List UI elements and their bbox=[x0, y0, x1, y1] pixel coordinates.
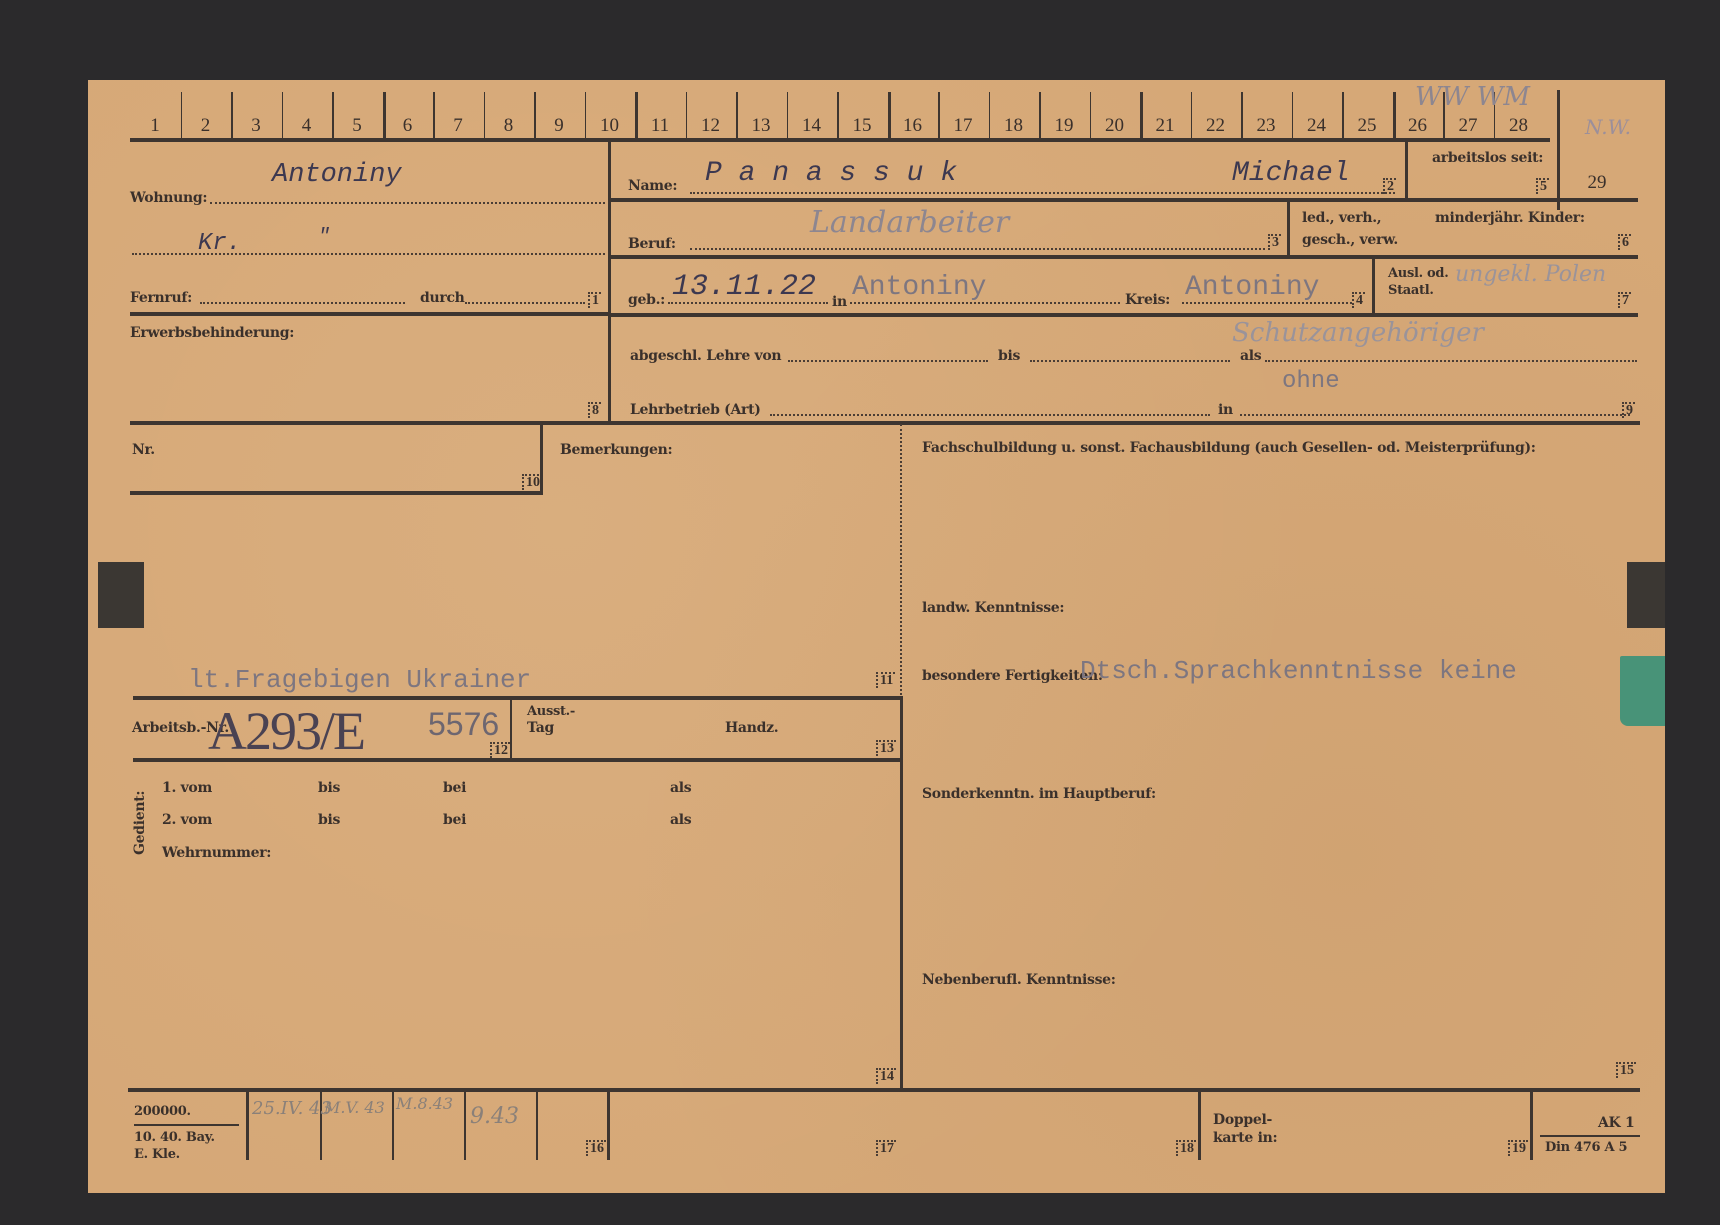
besondere-fertigkeiten-value: Dtsch.Sprachkenntnisse keine bbox=[1080, 656, 1517, 686]
ruler-column-9: 9 bbox=[534, 115, 584, 137]
lehrbetrieb-in-label: in bbox=[1218, 402, 1233, 418]
lehre-bis-line bbox=[1030, 360, 1230, 362]
field-number-2: 2 bbox=[1383, 178, 1396, 194]
in-label: in bbox=[832, 294, 847, 310]
ruler-column-4: 4 bbox=[282, 115, 332, 137]
ruler-tick bbox=[383, 92, 386, 138]
field-number-8: 8 bbox=[588, 402, 601, 418]
name-divider bbox=[1405, 140, 1408, 200]
field-number-12: 12 bbox=[490, 742, 510, 758]
handz-label: Handz. bbox=[725, 720, 778, 736]
birth-kreis-value: Antoniny bbox=[1185, 272, 1319, 303]
fernruf-rule bbox=[130, 312, 608, 316]
name-label: Name: bbox=[628, 178, 677, 194]
kinder-label: minderjähr. Kinder: bbox=[1435, 210, 1585, 226]
nr-label: Nr. bbox=[132, 442, 155, 458]
fernruf-line bbox=[200, 302, 405, 304]
staat-label-1: Ausl. od. bbox=[1388, 266, 1448, 281]
ruler-column-16: 16 bbox=[888, 115, 938, 137]
sonderkenntnisse-label: Sonderkenntn. im Hauptberuf: bbox=[922, 786, 1156, 802]
gedient-1-bei: bei bbox=[443, 780, 466, 796]
ruler-tick bbox=[938, 92, 940, 138]
form-id: AK 1 bbox=[1598, 1115, 1634, 1131]
geb-value: 13.11.22 bbox=[672, 270, 816, 304]
middle-dotted-divider bbox=[900, 424, 902, 699]
field-number-14: 14 bbox=[876, 1068, 896, 1084]
footer-div-4 bbox=[464, 1090, 466, 1160]
field-number-16: 16 bbox=[586, 1140, 606, 1156]
ruler-tick bbox=[484, 92, 486, 138]
wohnung-value: Antoniny bbox=[272, 160, 402, 190]
beruf-value: Landarbeiter bbox=[810, 205, 1009, 240]
ruler-column-17: 17 bbox=[938, 115, 988, 137]
footer-date-4: 9.43 bbox=[470, 1104, 519, 1129]
doppelkarte-label-2: karte in: bbox=[1213, 1130, 1277, 1146]
staat-value: ungekl. Polen bbox=[1455, 262, 1606, 287]
ruler-tick bbox=[837, 92, 839, 138]
gedient-1-vom: 1. vom bbox=[162, 780, 212, 796]
arbeitsbuch-number: 5576 bbox=[428, 706, 499, 743]
geb-divider bbox=[1372, 257, 1375, 315]
firstname-value: Michael bbox=[1232, 158, 1350, 189]
ruler-tick bbox=[1342, 92, 1344, 138]
arbeitsbuch-divider bbox=[510, 698, 512, 760]
bemerkungen-label: Bemerkungen: bbox=[560, 442, 672, 458]
kreis-ditto: " bbox=[318, 226, 330, 249]
footer-date-3: M.8.43 bbox=[396, 1094, 453, 1113]
beruf-label: Beruf: bbox=[628, 236, 676, 252]
gedient-1-als: als bbox=[670, 780, 691, 796]
family-status-label-2: gesch., verw. bbox=[1302, 232, 1398, 248]
landw-kenntnisse-label: landw. Kenntnisse: bbox=[922, 600, 1064, 616]
ruler-column-8: 8 bbox=[484, 115, 534, 137]
din-format: Din 476 A 5 bbox=[1545, 1140, 1627, 1155]
besondere-fertigkeiten-label: besondere Fertigkeiten: bbox=[922, 668, 1103, 684]
form-id-rule bbox=[1540, 1135, 1640, 1137]
birthplace-value: Antoniny bbox=[852, 272, 986, 303]
fragebogen-note: lt.Fragebigen Ukrainer bbox=[188, 665, 531, 695]
geb-rule bbox=[610, 313, 1638, 317]
field-number-1: 1 bbox=[588, 292, 601, 308]
pencil-corner-mark: N.W. bbox=[1585, 115, 1631, 139]
family-status-label-1: led., verh., bbox=[1302, 210, 1381, 226]
footer-date-1: 25.IV. 43 bbox=[252, 1098, 332, 1119]
ruler-tick bbox=[433, 92, 435, 138]
gedient-1-bis: bis bbox=[318, 780, 340, 796]
ruler-tick bbox=[585, 92, 587, 138]
field-number-5: 5 bbox=[1536, 178, 1549, 194]
nebenberufl-kenntnisse-label: Nebenberufl. Kenntnisse: bbox=[922, 972, 1116, 988]
ruler-column-11: 11 bbox=[635, 115, 685, 137]
erwerbsbehinderung-label: Erwerbsbehinderung: bbox=[130, 325, 294, 341]
ruler-tick bbox=[1039, 92, 1041, 138]
ruler-column-2: 2 bbox=[181, 115, 231, 137]
ruler-column-23: 23 bbox=[1241, 115, 1291, 137]
staat-label-2: Staatl. bbox=[1388, 283, 1434, 298]
left-edge-marker bbox=[98, 562, 144, 628]
beruf-rule bbox=[610, 255, 1638, 259]
wohnung-label: Wohnung: bbox=[130, 190, 207, 206]
ausst-label: Ausst.- bbox=[527, 704, 575, 719]
ruler-column-27: 27 bbox=[1443, 115, 1493, 137]
ruler-column-19: 19 bbox=[1039, 115, 1089, 137]
fernruf-label: Fernruf: bbox=[130, 290, 192, 306]
lehre-rule bbox=[130, 421, 1640, 425]
ruler-tick bbox=[1191, 92, 1193, 138]
ruler-baseline bbox=[130, 138, 1550, 142]
col29-divider bbox=[1557, 90, 1560, 210]
footer-div-3 bbox=[392, 1090, 394, 1160]
ruler-column-14: 14 bbox=[787, 115, 837, 137]
print-run: 200000. bbox=[134, 1104, 191, 1119]
teal-color-mark bbox=[1620, 656, 1665, 726]
ruler-tick bbox=[231, 92, 233, 138]
ruler-column-20: 20 bbox=[1090, 115, 1140, 137]
lower-divider bbox=[900, 696, 903, 1092]
ruler-column-28: 28 bbox=[1494, 115, 1544, 137]
ruler-column-3: 3 bbox=[231, 115, 281, 137]
ruler-column-25: 25 bbox=[1342, 115, 1392, 137]
lehre-als-line bbox=[1265, 360, 1637, 362]
ruler-tick bbox=[635, 92, 638, 138]
ruler-column-12: 12 bbox=[686, 115, 736, 137]
print-info-1: 10. 40. Bay. bbox=[134, 1130, 215, 1145]
nr-divider bbox=[540, 423, 543, 493]
wohnung-line bbox=[210, 202, 605, 204]
ruler-tick bbox=[989, 92, 991, 138]
kreis-value: Kr. bbox=[198, 230, 241, 257]
ruler-tick bbox=[1241, 92, 1243, 138]
field-number-18: 18 bbox=[1176, 1140, 1196, 1156]
lehre-als-label: als bbox=[1240, 348, 1261, 364]
gedient-2-vom: 2. vom bbox=[162, 812, 212, 828]
geb-label: geb.: bbox=[628, 292, 665, 308]
field-number-4: 4 bbox=[1352, 292, 1365, 308]
arbeitslos-label: arbeitslos seit: bbox=[1432, 150, 1543, 166]
pencil-top-mark: WW WM bbox=[1415, 82, 1530, 112]
ruler-tick bbox=[888, 92, 891, 138]
nr-rule bbox=[130, 491, 543, 495]
lehrbetrieb-line bbox=[770, 414, 1210, 416]
als-pencil-value: Schutzangehöriger bbox=[1232, 318, 1484, 348]
gedient-2-bis: bis bbox=[318, 812, 340, 828]
field-number-7: 7 bbox=[1618, 292, 1631, 308]
field-number-13: 13 bbox=[876, 740, 896, 756]
ruler-tick bbox=[1140, 92, 1143, 138]
right-edge-marker bbox=[1627, 562, 1665, 628]
lehrbetrieb-in-line bbox=[1240, 414, 1630, 416]
ruler-tick bbox=[787, 92, 789, 138]
footer-div-6 bbox=[607, 1090, 610, 1160]
ruler-tick bbox=[736, 92, 738, 138]
footer-div-1 bbox=[246, 1090, 249, 1160]
ruler-column-18: 18 bbox=[989, 115, 1039, 137]
field-number-19: 19 bbox=[1508, 1140, 1528, 1156]
arbeitsbuch-stamp: A293/E bbox=[208, 700, 364, 762]
field-number-9: 9 bbox=[1622, 402, 1635, 418]
kreis-label: Kreis: bbox=[1125, 292, 1170, 308]
footer-div-8 bbox=[1530, 1090, 1533, 1160]
print-info-2: E. Kle. bbox=[134, 1147, 180, 1162]
field-number-10: 10 bbox=[522, 474, 542, 490]
lehre-von-line bbox=[788, 360, 988, 362]
ruler-column-26: 26 bbox=[1393, 115, 1443, 137]
ruler-tick bbox=[1292, 92, 1294, 138]
ruler-column-6: 6 bbox=[383, 115, 433, 137]
col29-number: 29 bbox=[1572, 172, 1622, 194]
ruler-column-22: 22 bbox=[1191, 115, 1241, 137]
arbeitsbuch-bottom-rule bbox=[133, 758, 903, 762]
field-number-3: 3 bbox=[1268, 234, 1281, 250]
ruler-tick bbox=[282, 92, 284, 138]
ruler-column-15: 15 bbox=[837, 115, 887, 137]
lehre-label: abgeschl. Lehre von bbox=[630, 348, 781, 364]
lehrbetrieb-label: Lehrbetrieb (Art) bbox=[630, 402, 761, 418]
name-rule bbox=[610, 198, 1638, 202]
gedient-2-bei: bei bbox=[443, 812, 466, 828]
ruler-tick bbox=[534, 92, 536, 138]
footer-top-rule bbox=[128, 1088, 1640, 1092]
ruler-column-24: 24 bbox=[1292, 115, 1342, 137]
field-number-15: 15 bbox=[1616, 1062, 1636, 1078]
gedient-2-als: als bbox=[670, 812, 691, 828]
doppelkarte-label-1: Doppel- bbox=[1213, 1112, 1272, 1128]
ruler-column-5: 5 bbox=[332, 115, 382, 137]
print-info-rule bbox=[134, 1124, 239, 1126]
tag-label: Tag bbox=[527, 720, 554, 736]
ruler-tick bbox=[332, 92, 334, 138]
fachschule-label: Fachschulbildung u. sonst. Fachausbildun… bbox=[922, 440, 1536, 456]
ruler-tick bbox=[686, 92, 688, 138]
ruler-tick bbox=[1090, 92, 1092, 138]
footer-div-5 bbox=[536, 1090, 538, 1160]
surname-value: P a n a s s u k bbox=[705, 158, 957, 189]
durch-line bbox=[465, 302, 585, 304]
lehre-bis-label: bis bbox=[998, 348, 1020, 364]
beruf-divider bbox=[1287, 200, 1290, 258]
ohne-value: ohne bbox=[1282, 368, 1340, 395]
ruler-tick bbox=[1393, 92, 1396, 138]
footer-div-7 bbox=[1198, 1090, 1201, 1160]
durch-label: durch bbox=[420, 290, 465, 306]
ruler-column-10: 10 bbox=[585, 115, 635, 137]
name-line bbox=[690, 192, 1395, 194]
beruf-line bbox=[690, 248, 1265, 250]
ruler-column-7: 7 bbox=[433, 115, 483, 137]
ruler-column-21: 21 bbox=[1140, 115, 1190, 137]
field-number-11: 11 bbox=[876, 672, 895, 688]
wehrnummer-label: Wehrnummer: bbox=[162, 845, 271, 861]
ruler-column-13: 13 bbox=[736, 115, 786, 137]
gedient-label: Gedient: bbox=[132, 791, 148, 855]
field-number-17: 17 bbox=[876, 1140, 896, 1156]
field-number-6: 6 bbox=[1618, 234, 1631, 250]
footer-date-2: M.V. 43 bbox=[324, 1098, 385, 1117]
ruler-column-1: 1 bbox=[130, 115, 180, 137]
left-right-divider bbox=[608, 140, 611, 422]
ruler-tick bbox=[181, 92, 183, 138]
